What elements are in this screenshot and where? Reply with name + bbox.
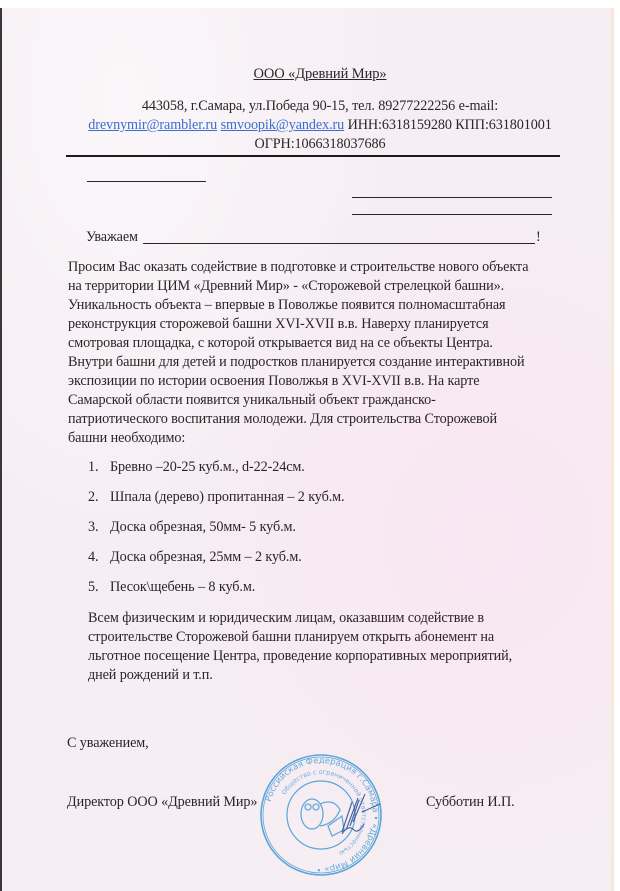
blank-line-recipient-1 — [352, 197, 552, 198]
blank-line-salutation — [143, 243, 535, 244]
body-line: реконструкция сторожевой башни XVI-XVII … — [68, 315, 489, 334]
owl-emblem-icon — [301, 799, 344, 836]
body-line: смотровая площадка, с которой открываетс… — [68, 334, 493, 353]
ogrn: ОГРН:1066318037686 — [60, 135, 580, 154]
body-line: Внутри башни для детей и подростков план… — [68, 353, 524, 372]
body-line: строительстве Сторожевой башни планируем… — [88, 628, 494, 647]
list-item: 4.Доска обрезная, 25мм – 2 куб.м. — [88, 548, 302, 567]
body-line: Всем физическим и юридическим лицам, ока… — [88, 609, 484, 628]
company-address: 443058, г.Самара, ул.Победа 90-15, тел. … — [60, 97, 580, 116]
body-line: патриотического воспитания молодежи. Для… — [68, 410, 497, 429]
blank-line-outgoing-number — [87, 181, 206, 182]
body-line: башни необходимо: — [68, 429, 185, 448]
email-link-rambler[interactable]: drevnymir@rambler.ru — [88, 117, 217, 133]
body-line: Уникальность объекта – впервые в Поволжь… — [68, 296, 505, 315]
company-contacts: drevnymir@rambler.ru smvoopik@yandex.ru … — [60, 116, 580, 135]
list-item: 1.Бревно –20-25 куб.м., d-22-24см. — [88, 458, 305, 477]
body-line: льготное посещение Центра, проведение ко… — [88, 647, 512, 666]
salutation-prefix: Уважаем — [86, 228, 138, 247]
blank-line-recipient-2 — [352, 214, 552, 215]
salutation-suffix: ! — [536, 228, 541, 247]
signer-name: Субботин И.П. — [426, 793, 515, 812]
list-item: 2.Шпала (дерево) пропитанная – 2 куб.м. — [88, 488, 345, 507]
company-name: ООО «Древний Мир» — [60, 65, 580, 84]
closing-regards: С уважением, — [67, 734, 149, 753]
list-item: 3.Доска обрезная, 50мм- 5 куб.м. — [88, 518, 296, 537]
body-line: Просим Вас оказать содействие в подготов… — [68, 258, 528, 277]
body-line: экспозиции по истории освоения Поволжья … — [68, 372, 479, 391]
signer-position: Директор ООО «Древний Мир» — [67, 793, 257, 812]
inn-kpp: ИНН:6318159280 КПП:631801001 — [348, 117, 552, 133]
letterhead-divider — [66, 155, 560, 157]
company-seal-stamp: Российская Федерация г.Самара • «Древний… — [258, 752, 384, 878]
body-line: на территории ЦИМ «Древний Мир» - «Сторо… — [68, 277, 504, 296]
body-line: Самарской области появится уникальный об… — [68, 391, 436, 410]
body-line: дней рождений и т.п. — [88, 666, 213, 685]
email-link-yandex[interactable]: smvoopik@yandex.ru — [221, 117, 345, 133]
list-item: 5.Песок\щебень – 8 куб.м. — [88, 578, 255, 597]
